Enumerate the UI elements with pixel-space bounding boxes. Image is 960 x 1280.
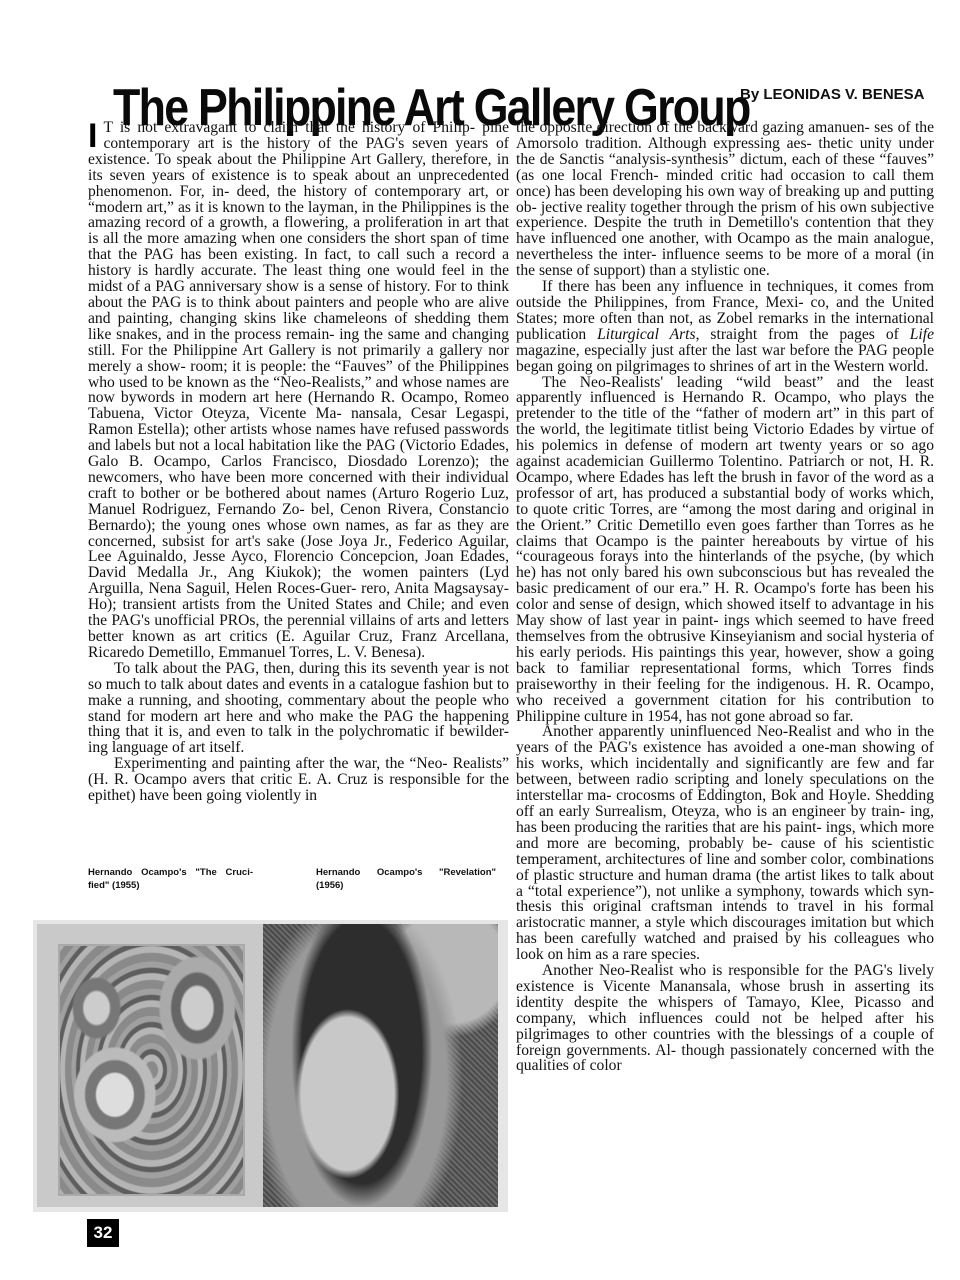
painting-the-crucified-image — [37, 924, 263, 1207]
figure-caption-crucified: Hernando Ocampo's "The Cruci- fied" (195… — [88, 866, 253, 892]
left-column: IT is not extravagant to claim that the … — [88, 120, 509, 804]
paintings-photo-strip — [33, 920, 508, 1212]
intro-paragraph: IT is not extravagant to claim that the … — [88, 120, 509, 661]
figure-caption-revelation: Hernando Ocampo's "Revelation" (1956) — [316, 866, 496, 892]
right-column: the opposite direction of the backward g… — [516, 120, 934, 1074]
page-number-badge: 32 — [87, 1219, 119, 1247]
body-paragraph: Another Neo-Realist who is responsible f… — [516, 963, 934, 1074]
continued-paragraph: the opposite direction of the backward g… — [516, 120, 934, 279]
painting-revelation-image — [263, 924, 498, 1207]
publication-title: Liturgical Arts — [597, 326, 695, 343]
body-paragraph: The Neo-Realists' leading “wild beast” a… — [516, 375, 934, 725]
body-paragraph: Another apparently uninfluenced Neo-Real… — [516, 724, 934, 963]
article-byline: By LEONIDAS V. BENESA — [740, 86, 925, 103]
drop-cap: I — [88, 121, 97, 151]
magazine-title: Life — [910, 326, 934, 343]
painting-canvas — [58, 944, 245, 1196]
body-paragraph-influence: If there has been any influence in techn… — [516, 279, 934, 374]
body-paragraph: Experimenting and painting after the war… — [88, 756, 509, 804]
body-paragraph: To talk about the PAG, then, during this… — [88, 661, 509, 756]
